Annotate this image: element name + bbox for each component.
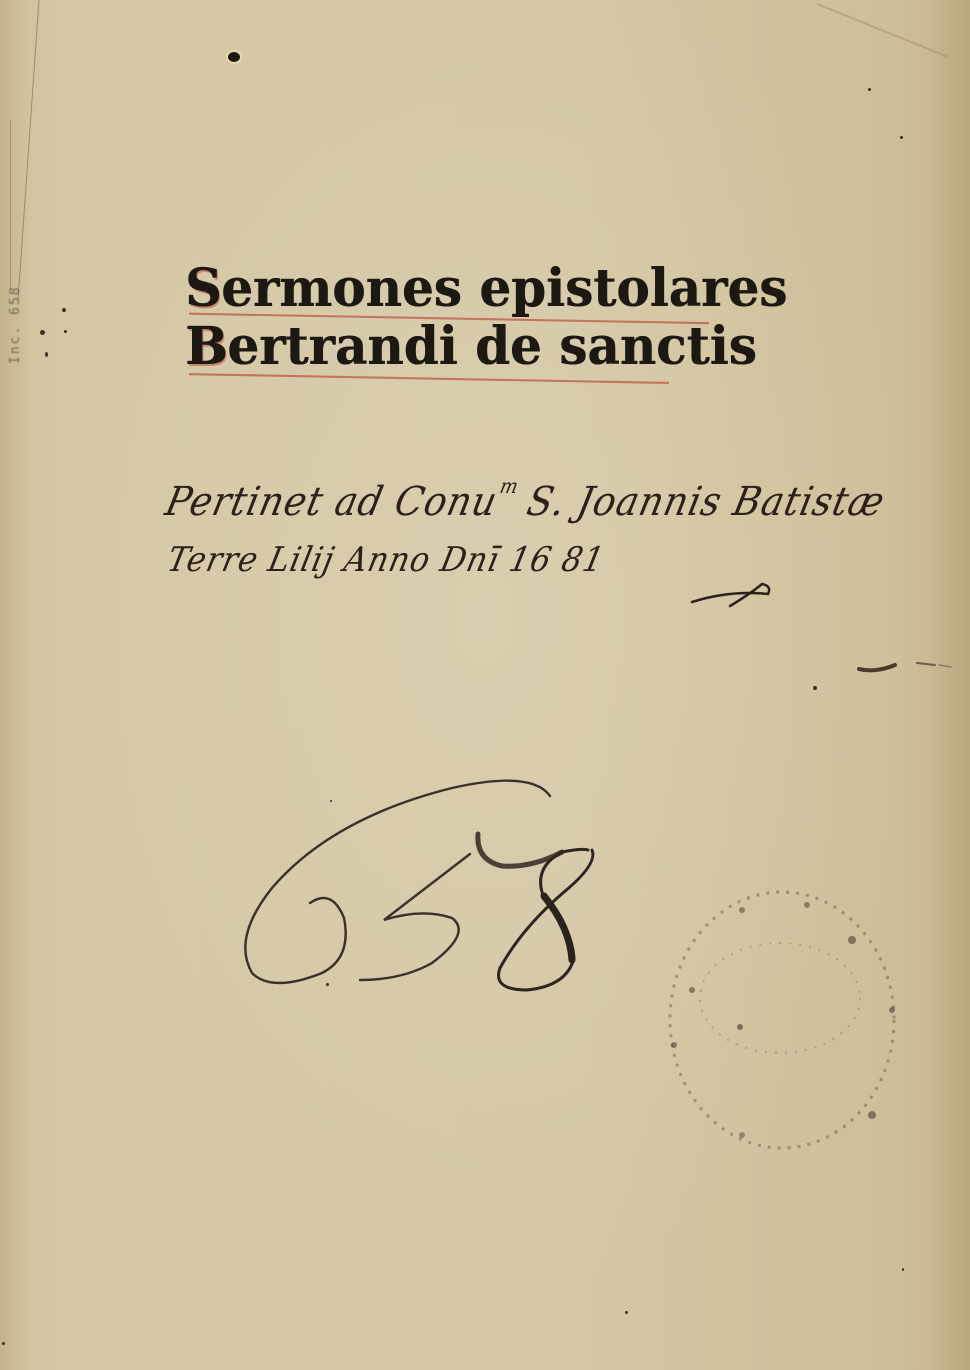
shelfmark-number: 658: [232, 768, 612, 998]
foxing-speck: [813, 686, 817, 690]
foxing-speck: [45, 352, 48, 357]
inscription-text: Pertinet ad Conu: [161, 479, 501, 525]
foxing-speck: [40, 330, 45, 335]
title-line-1-text: ermones epistolares: [221, 257, 787, 319]
foxing-speck: [64, 330, 67, 333]
pen-flourish: [690, 580, 780, 608]
foxing-speck: [868, 88, 871, 91]
foxing-speck: [900, 136, 903, 139]
shelfmark-glyphs: [232, 768, 612, 998]
foxing-speck: [902, 1268, 904, 1271]
title-line-2-text: ertrandi de sanctis: [227, 315, 756, 377]
spine-label: Inc. 658: [8, 214, 28, 364]
foxing-speck: [625, 1311, 628, 1314]
document-page: Inc. 658 Sermones epistolares Bertrandi …: [0, 0, 970, 1370]
library-stamp: [662, 880, 900, 1150]
title-line-2: Bertrandi de sanctis: [185, 319, 745, 374]
foxing-speck: [62, 308, 66, 312]
stray-ink-mark: [855, 655, 955, 685]
inscription-line-1: Pertinet ad Conum S. Joannis Batistæ: [160, 458, 838, 530]
ownership-inscription: Pertinet ad Conum S. Joannis Batistæ Ter…: [168, 458, 888, 588]
rubricated-initial: S: [185, 257, 221, 319]
title-line-1: Sermones epistolares: [185, 261, 745, 316]
inscription-text: S. Joannis Batistæ: [510, 479, 889, 525]
wormhole-mark: [228, 52, 240, 62]
printed-title: Sermones epistolares Bertrandi de sancti…: [185, 262, 745, 372]
right-edge-shadow: [930, 0, 970, 1370]
foxing-speck: [2, 1342, 5, 1345]
rubricated-initial: B: [185, 315, 227, 377]
